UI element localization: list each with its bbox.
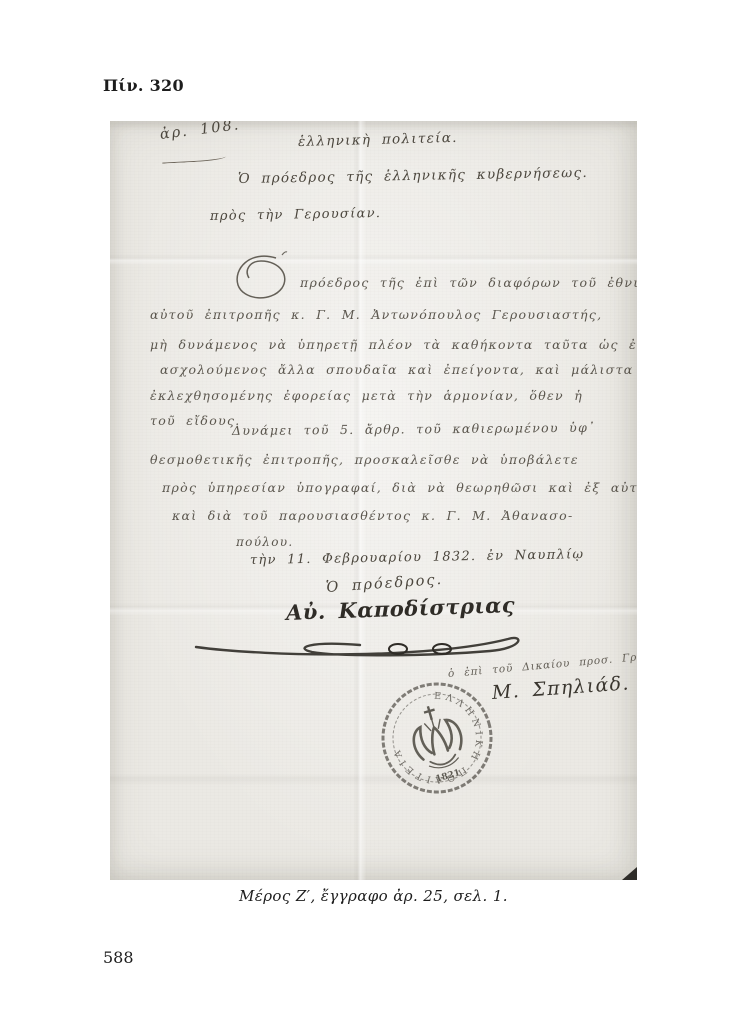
page-number: 588 — [103, 948, 134, 967]
secretary-signature: Μ. Σπηλιάδ. — [491, 672, 630, 704]
body-line: ασχολούμενος ἄλλα σπουδαῖα καὶ ἐπείγοντα… — [160, 362, 637, 377]
body-line: τοῦ εἴδους. — [150, 413, 241, 428]
initial-flourish — [226, 249, 296, 307]
figure-caption: Μέρος Ζ′, ἔγγραφο ἀρ. 25, σελ. 1. — [110, 887, 637, 905]
signature-title: Ὁ πρόεδρος. — [325, 572, 443, 596]
heading-addressee: πρὸς τὴν Γερουσίαν. — [210, 206, 382, 224]
plate-label: Πίν. 320 — [103, 76, 184, 95]
phoenix-seal: ΕΛΛΗΝΙΚΗ ΠΟΛΙΤΕΙΑ 1821 — [378, 679, 496, 797]
body-line: Δυνάμει τοῦ 5. ἄρθρ. τοῦ καθιερωμένου ὑφ… — [232, 420, 596, 438]
cross-icon — [423, 705, 437, 721]
corner-fold — [622, 867, 637, 880]
body-line: καὶ διὰ τοῦ παρουσιασθέντος κ. Γ. Μ. Ἀθα… — [172, 508, 573, 523]
body-line: αὐτοῦ ἐπιτροπῆς κ. Γ. Μ. Ἀντωνόπουλος Γε… — [150, 307, 602, 322]
body-line: πρὸς ὑπηρεσίαν ὑπογραφαί, διὰ νὰ θεωρηθῶ… — [162, 480, 637, 495]
docket-number: ἀρ. 108. — [159, 121, 241, 143]
body-line: θεσμοθετικῆς ἐπιτροπῆς, προσκαλεῖσθε νὰ … — [150, 452, 579, 467]
document-photo: ἀρ. 108. ἑλληνικὴ πολιτεία. Ὁ πρόεδρος τ… — [110, 121, 637, 880]
heading-state: ἑλληνικὴ πολιτεία. — [298, 130, 458, 150]
paper-texture — [110, 121, 637, 880]
body-line: πούλου. — [236, 535, 293, 549]
docket-underline — [162, 156, 226, 163]
date-line: τὴν 11. Φεβρουαρίου 1832. ἐν Ναυπλίῳ — [250, 547, 585, 568]
body-line: πρόεδρος τῆς ἐπὶ τῶν διαφόρων τοῦ ἐθνικο… — [300, 275, 637, 290]
body-line: ἐκλεχθησομένης ἐφορείας μετὰ τὴν ἁρμονία… — [150, 388, 583, 403]
heading-president: Ὁ πρόεδρος τῆς ἑλληνικῆς κυβερνήσεως. — [238, 165, 588, 187]
book-page: Πίν. 320 ἀρ. 108. ἑλληνικὴ πολιτεία. Ὁ π… — [0, 0, 743, 1027]
body-line: μὴ δυνάμενος νὰ ὑπηρετῇ πλέον τὰ καθήκον… — [150, 337, 637, 352]
phoenix-icon — [409, 713, 468, 773]
signature-flourish — [190, 621, 535, 665]
